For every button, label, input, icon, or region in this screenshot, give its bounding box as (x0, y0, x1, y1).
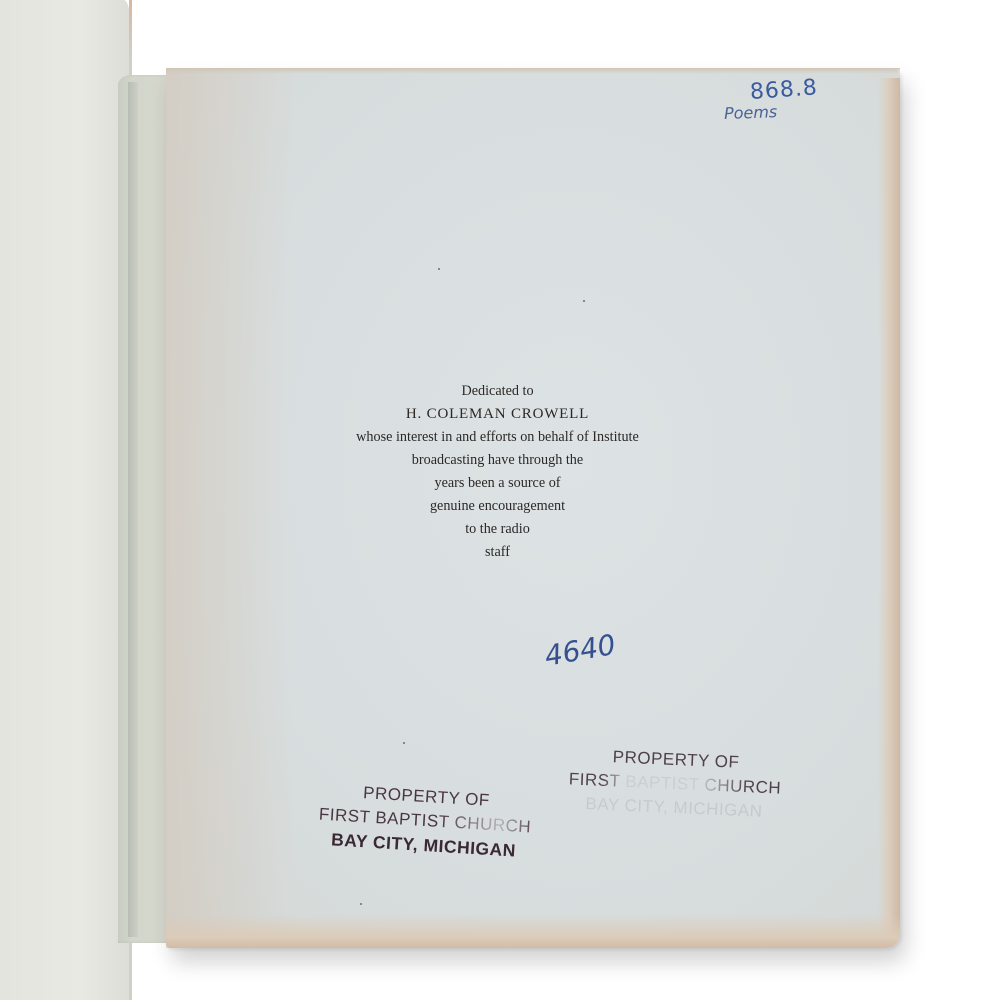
page-top-edge (166, 68, 900, 74)
paper-speck (438, 268, 440, 270)
dedication-line: Dedicated to (300, 380, 695, 403)
dedicatee-name: H. COLEMAN CROWELL (300, 403, 695, 426)
paper-speck (403, 742, 405, 744)
page-stained-bottom-edge (166, 914, 900, 948)
handwritten-call-number: 868.8 (749, 75, 819, 105)
dedication-line: to the radio (300, 518, 695, 541)
paper-speck (583, 300, 585, 302)
dedication-text: Dedicated to H. COLEMAN CROWELL whose in… (300, 380, 695, 564)
library-stamp: PROPERTY OF FIRST BAPTIST CHURCH BAY CIT… (298, 777, 552, 864)
handwritten-call-note: Poems (724, 102, 778, 123)
dedication-line: staff (300, 541, 695, 564)
page-yellowing-left (166, 68, 296, 948)
library-stamp-partial: PROPERTY OF FIRST BAPTIST CHURCH BAY CIT… (554, 743, 797, 825)
book-photo: 868.8 Poems Dedicated to H. COLEMAN CROW… (0, 0, 1000, 1000)
paper-speck (360, 903, 362, 905)
gutter-shadow (128, 82, 138, 937)
page-worn-right-edge (878, 78, 900, 938)
dedication-line: genuine encouragement (300, 495, 695, 518)
dedication-line: whose interest in and efforts on behalf … (300, 426, 695, 449)
dedication-line: years been a source of (300, 472, 695, 495)
left-facing-page (0, 0, 132, 1000)
dedication-line: broadcasting have through the (300, 449, 695, 472)
